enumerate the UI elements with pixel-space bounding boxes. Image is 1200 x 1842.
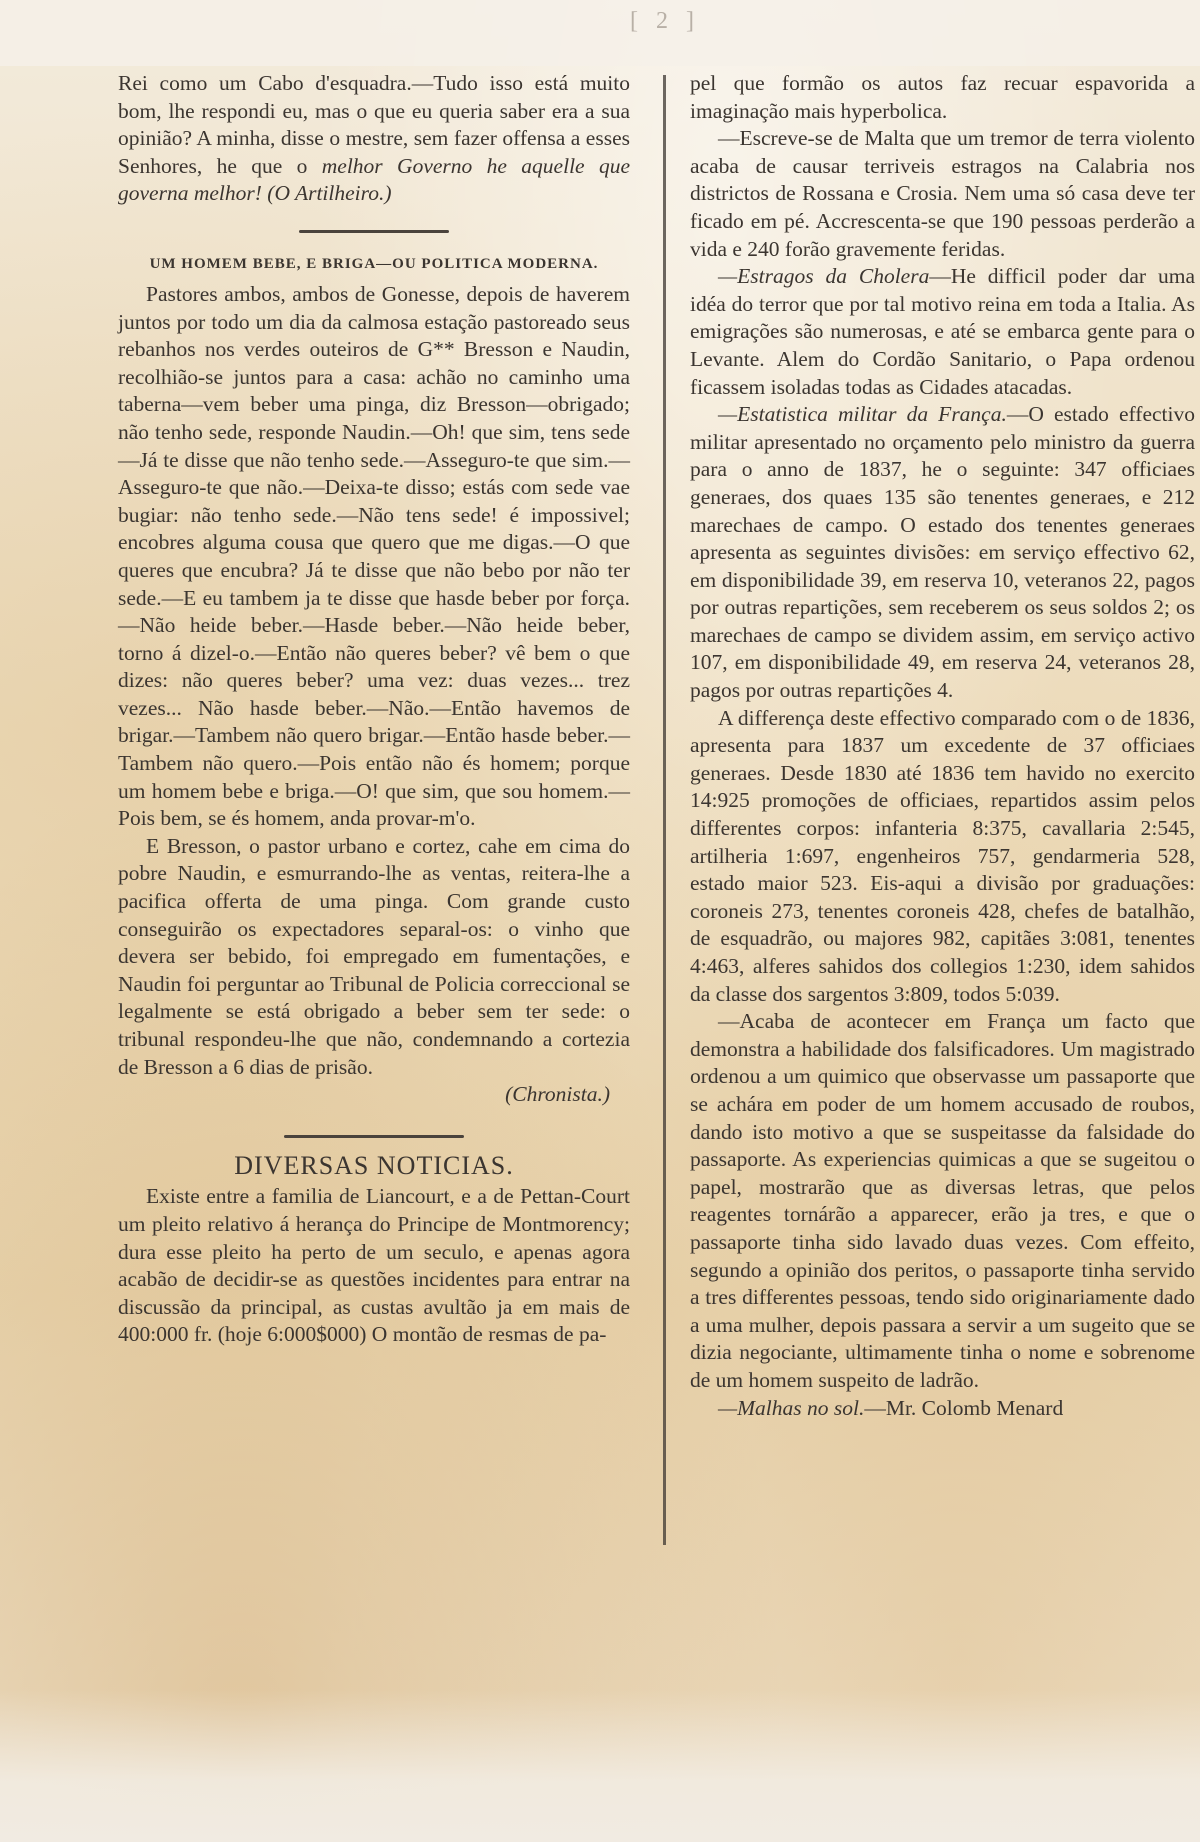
news-paragraph: Existe entre a familia de Liancourt, e a… <box>118 1183 630 1349</box>
news-text: —O estado effectivo militar apresentado … <box>690 402 1195 702</box>
column-divider <box>663 75 666 1545</box>
news-paragraph: —Estragos da Cholera—He difficil poder d… <box>690 263 1195 401</box>
news-paragraph: —Malhas no sol.—Mr. Colomb Menard <box>690 1395 1195 1423</box>
right-column: pel que formão os autos faz recuar espav… <box>690 70 1195 1422</box>
news-lead: —Malhas no sol. <box>718 1396 864 1420</box>
section-title: DIVERSAS NOTICIAS. <box>118 1152 630 1180</box>
article-title: UM HOMEM BEBE, E BRIGA—OU POLITICA MODER… <box>118 253 630 275</box>
separator-rule <box>299 230 449 233</box>
news-lead: —Estragos da Cholera <box>718 264 929 288</box>
left-column: Rei como um Cabo d'esquadra.—Tudo isso e… <box>118 70 630 1349</box>
page-number: [ 2 ] <box>630 8 700 35</box>
news-paragraph: A differença deste effectivo comparado c… <box>690 705 1195 1009</box>
news-paragraph: pel que formão os autos faz recuar espav… <box>690 70 1195 125</box>
page-top-margin <box>0 0 1200 66</box>
separator-rule <box>284 1135 464 1138</box>
article-paragraph: E Bresson, o pastor urbano e cortez, cah… <box>118 833 630 1081</box>
news-text: —Mr. Colomb Menard <box>864 1396 1063 1420</box>
news-paragraph: —Escreve-se de Malta que um tremor de te… <box>690 125 1195 263</box>
page-bottom-margin <box>0 1690 1200 1842</box>
article-source: (Chronista.) <box>118 1081 630 1109</box>
intro-paragraph: Rei como um Cabo d'esquadra.—Tudo isso e… <box>118 70 630 208</box>
intro-source: (O Artilheiro.) <box>267 181 391 205</box>
newspaper-page: [ 2 ] Rei como um Cabo d'esquadra.—Tudo … <box>0 0 1200 1842</box>
article-paragraph: Pastores ambos, ambos de Gonesse, depois… <box>118 281 630 833</box>
news-lead: —Estatistica militar da França. <box>718 402 1007 426</box>
news-paragraph: —Estatistica militar da França.—O estado… <box>690 401 1195 705</box>
news-paragraph: —Acaba de acontecer em França um facto q… <box>690 1008 1195 1394</box>
